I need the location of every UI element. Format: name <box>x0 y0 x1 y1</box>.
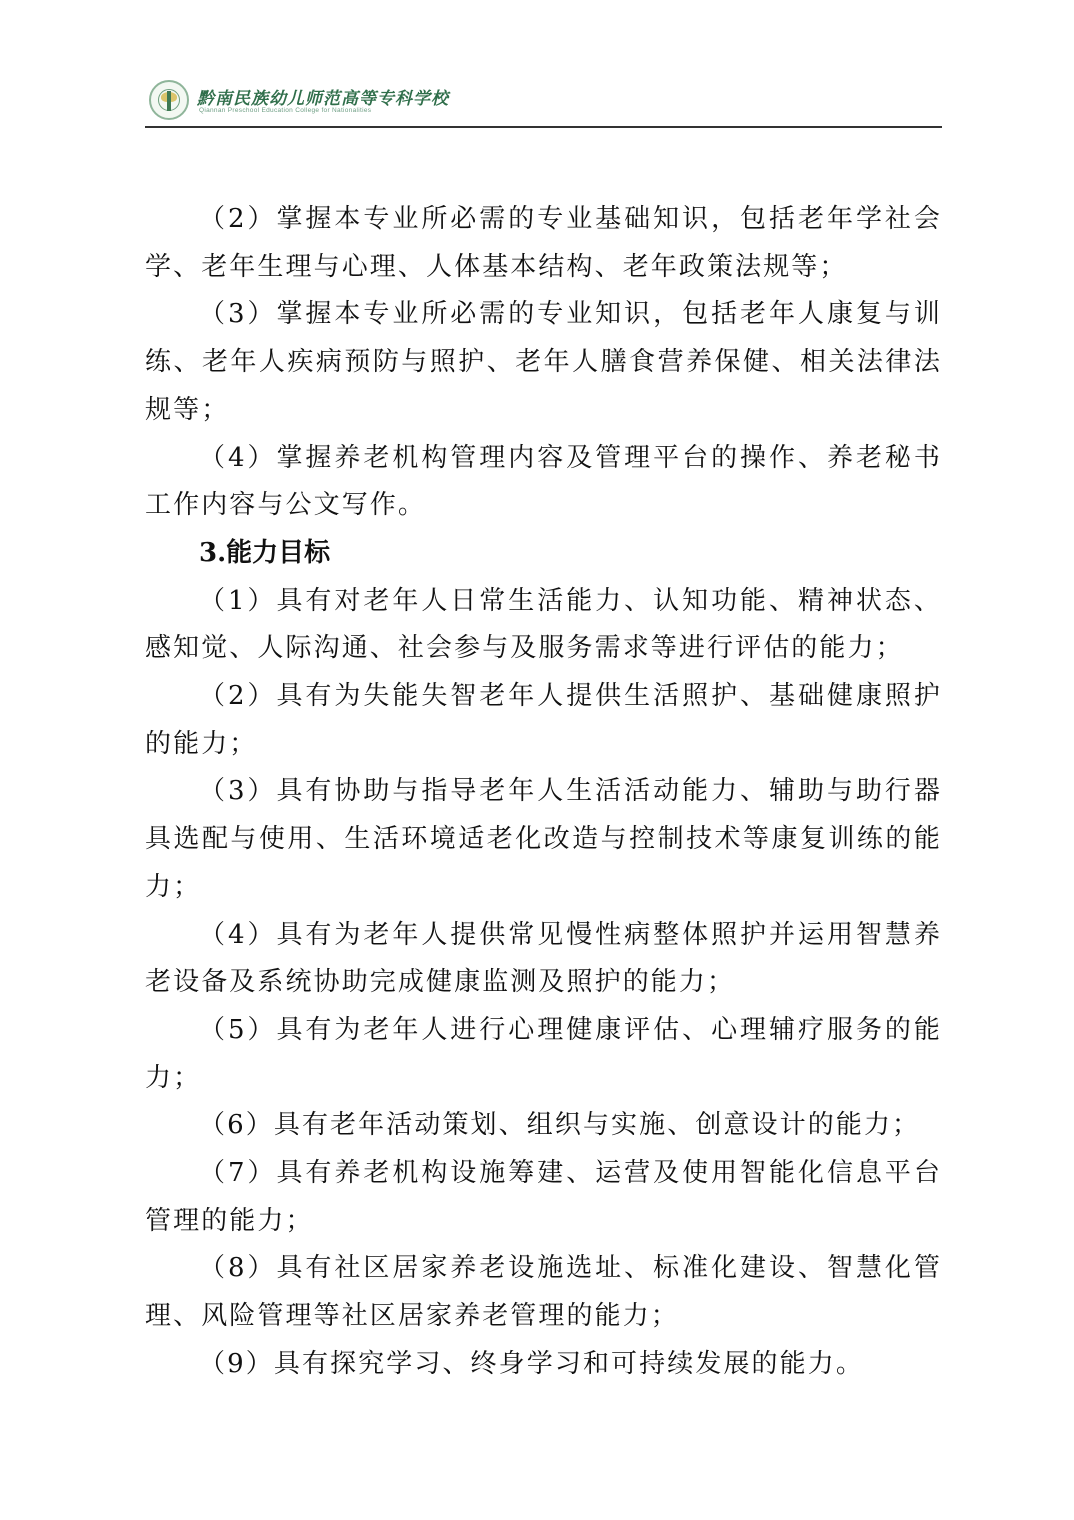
header-divider <box>145 126 942 128</box>
ability-item-2: （2）具有为失能失智老年人提供生活照护、基础健康照护的能力； <box>145 673 942 768</box>
ability-item-5: （5）具有为老年人进行心理健康评估、心理辅疗服务的能力； <box>145 1007 942 1102</box>
section-heading: 3.能力目标 <box>145 530 942 578</box>
ability-item-4: （4）具有为老年人提供常见慢性病整体照护并运用智慧养老设备及系统协助完成健康监测… <box>145 912 942 1007</box>
knowledge-item-2: （2）掌握本专业所必需的专业基础知识，包括老年学社会学、老年生理与心理、人体基本… <box>145 196 942 291</box>
school-name-cn: 黔南民族幼儿师范高等专科学校 <box>197 84 449 109</box>
emblem-trunk <box>167 91 171 111</box>
ability-item-1: （1）具有对老年人日常生活能力、认知功能、精神状态、感知觉、人际沟通、社会参与及… <box>145 578 942 673</box>
knowledge-item-4: （4）掌握养老机构管理内容及管理平台的操作、养老秘书工作内容与公文写作。 <box>145 435 942 530</box>
document-body: （2）掌握本专业所必需的专业基础知识，包括老年学社会学、老年生理与心理、人体基本… <box>145 196 942 1389</box>
school-emblem-icon <box>149 80 189 120</box>
ability-item-9: （9）具有探究学习、终身学习和可持续发展的能力。 <box>145 1341 942 1389</box>
ability-item-6: （6）具有老年活动策划、组织与实施、创意设计的能力； <box>145 1102 942 1150</box>
ability-item-7: （7）具有养老机构设施筹建、运营及使用智能化信息平台管理的能力； <box>145 1150 942 1245</box>
page-header: 黔南民族幼儿师范高等专科学校 Qiannan Preschool Educati… <box>145 76 942 126</box>
knowledge-item-3: （3）掌握本专业所必需的专业知识，包括老年人康复与训练、老年人疾病预防与照护、老… <box>145 291 942 434</box>
ability-item-8: （8）具有社区居家养老设施选址、标准化建设、智慧化管理、风险管理等社区居家养老管… <box>145 1245 942 1340</box>
school-name-en: Qiannan Preschool Education College for … <box>199 107 371 114</box>
ability-item-3: （3）具有协助与指导老年人生活活动能力、辅助与助行器具选配与使用、生活环境适老化… <box>145 768 942 911</box>
